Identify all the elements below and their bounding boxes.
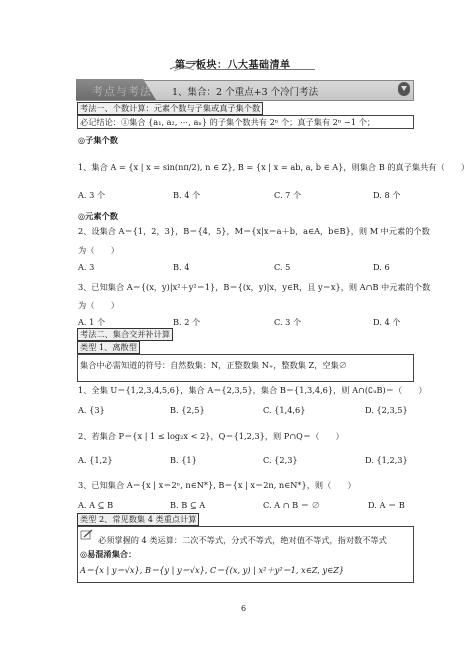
type1-note: 集合中必需知道的符号：自然数集：N，正整数集 N₊，整数集 Z，空集∅ xyxy=(78,355,413,371)
q1-3-option-d: D. 4 个 xyxy=(373,317,400,328)
q1-1-option-d: D. 8 个 xyxy=(373,190,400,201)
method1-label: 考法一、个数计算：元素个数与子集或真子集个数 xyxy=(77,102,263,115)
q2-1-option-b: B. {2,5} xyxy=(170,405,205,415)
type2-label: 类型 2、常见数集 4 类重点计算 xyxy=(77,513,199,526)
q2-2-option-c: C. {2,3} xyxy=(263,455,298,465)
q1-1-option-a: A. 3 个 xyxy=(78,190,105,201)
question-1-1: 1、集合 A = {x | x = sin(nπ/2), n ∈ Z}, B =… xyxy=(78,162,469,173)
title-underline xyxy=(200,69,315,70)
q2-3-option-d: D. A ＝ B xyxy=(368,500,405,511)
q2-3-option-a: A. A ⊆ B xyxy=(78,500,113,510)
q1-3-option-a: A. 1 个 xyxy=(78,317,105,328)
q2-2-option-b: B. {1} xyxy=(170,455,197,465)
q1-2-option-d: D. 6 xyxy=(373,262,390,272)
pencil-note-icon xyxy=(80,529,94,541)
question-2-1: 1、全集 U＝{1,2,3,4,5,6}，集合 A＝{2,3,5}，集合 B＝{… xyxy=(78,385,427,396)
method2-label: 考法二、集合交并补计算 xyxy=(77,328,173,341)
banner-tab-label: 考点与考法 xyxy=(92,83,152,99)
method1-note-box: 必记结论：①集合 {a₁, a₂, ⋯, aₙ} 的子集个数共有 2ⁿ 个；真子… xyxy=(77,115,414,129)
q2-1-option-c: C. {1,4,6} xyxy=(263,405,305,415)
type1-note-box: 集合中必需知道的符号：自然数集：N，正整数集 N₊，整数集 Z，空集∅ xyxy=(77,354,414,382)
q1-2-option-b: B. 4 xyxy=(173,262,189,272)
question-1-2-cont: 为（ ） xyxy=(78,245,119,256)
q2-1-option-a: A. {3} xyxy=(78,405,105,415)
q1-3-option-c: C. 3 个 xyxy=(274,317,301,328)
q2-2-option-a: A. {1,2} xyxy=(78,455,113,465)
page-number: 6 xyxy=(241,604,246,613)
subset-count-heading: ◎子集个数 xyxy=(78,135,118,146)
q1-2-option-c: C. 5 xyxy=(274,262,290,272)
q2-2-option-d: D. {1,2,3} xyxy=(365,455,408,465)
question-2-2: 2、若集合 P＝{x | 1 ≤ log₂x < 2}，Q＝{1,2,3}，则 … xyxy=(78,431,344,442)
confusing-sets-heading: ◎易混淆集合： xyxy=(80,549,136,560)
q1-1-option-c: C. 7 个 xyxy=(274,190,301,201)
type2-note: 必须掌握的 4 类运算：二次不等式，分式不等式，绝对值不等式，指对数不等式 xyxy=(98,535,387,546)
q1-3-option-b: B. 2 个 xyxy=(173,317,200,328)
confusing-sets-formula: A＝{x | y＝√x}, B＝{y | y＝√x}, C＝{(x, y) | … xyxy=(80,565,344,576)
question-1-2: 2、设集合 A＝{1，2，3}，B＝{4，5}，M＝{x|x＝a＋b，a∈A，b… xyxy=(78,226,430,237)
element-count-heading: ◎元素个数 xyxy=(78,211,118,222)
method1-note: 必记结论：①集合 {a₁, a₂, ⋯, aₙ} 的子集个数共有 2ⁿ 个；真子… xyxy=(78,116,413,128)
q1-2-option-a: A. 3 xyxy=(78,262,94,272)
question-2-3: 3、已知集合 A＝{x | x＝2ⁿ, n∈N*}, B＝{x | x＝2n, … xyxy=(78,480,356,491)
q2-1-option-d: D. {2,3,5} xyxy=(365,405,408,415)
question-1-3: 3、已知集合 A＝{(x，y)|x²＋y²＝1}，B＝{(x，y)|x，y∈R，… xyxy=(78,282,430,293)
question-1-3-cont: 为（ ） xyxy=(78,300,119,311)
type2-note-box: 必须掌握的 4 类运算：二次不等式，分式不等式，绝对值不等式，指对数不等式 ◎易… xyxy=(77,526,414,583)
banner-title: 1、集合：2 个重点+3 个冷门考法 xyxy=(172,84,318,98)
q2-3-option-c: C. A ∩ B ＝ ∅ xyxy=(263,500,320,511)
type1-label: 类型 1、离散型 xyxy=(77,341,140,354)
q1-1-option-b: B. 4 个 xyxy=(173,190,200,201)
q2-3-option-b: B. B ⊆ A xyxy=(170,500,205,510)
shield-down-icon xyxy=(398,82,410,96)
